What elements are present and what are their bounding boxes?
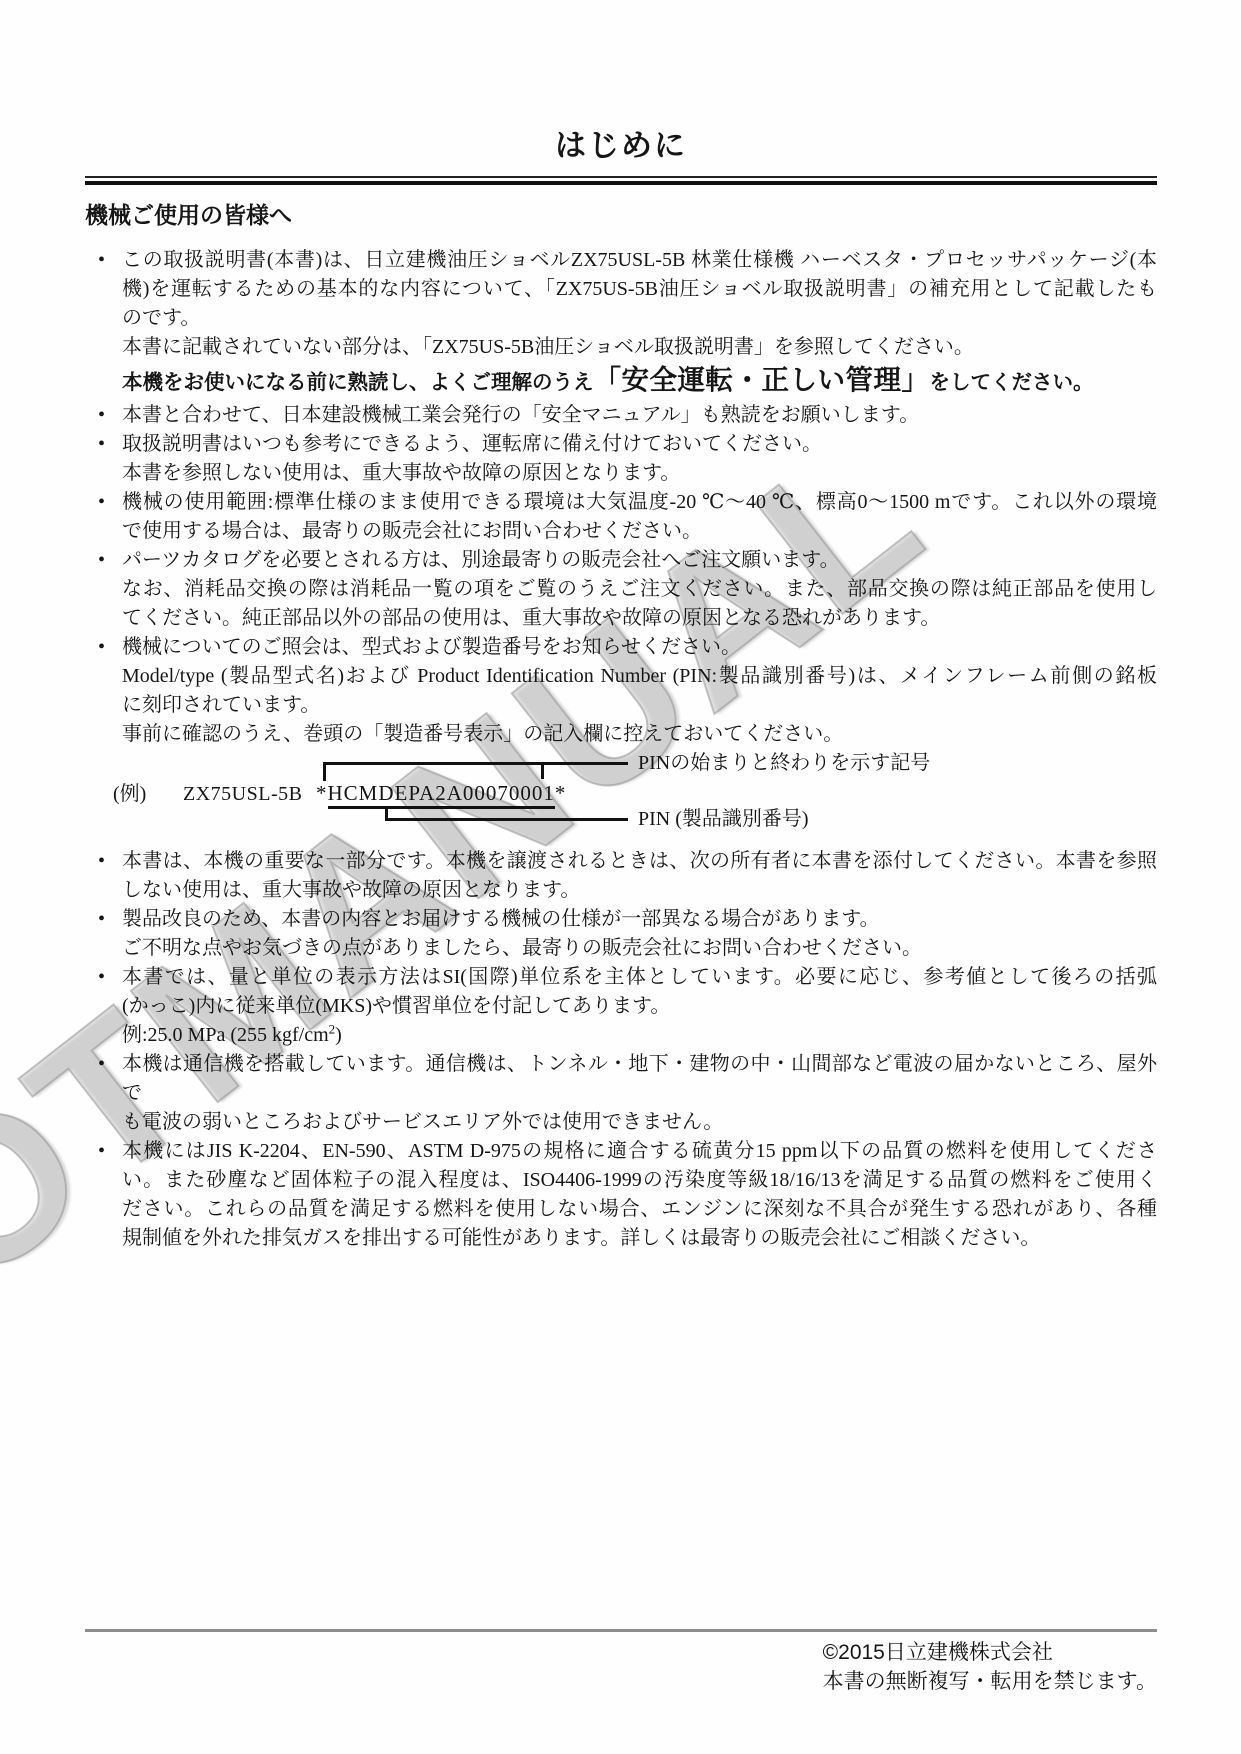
- page-content: はじめに 機械ご使用の皆様へ • この取扱説明書(本書)は、日立建機油圧ショベル…: [0, 0, 1241, 1253]
- body-line: 本機は通信機を搭載しています。通信機は、トンネル・地下・建物の中・山間部など電波…: [122, 1050, 1157, 1108]
- bullet-icon: •: [98, 401, 105, 430]
- emphasis-prefix: 本機をお使いになる前に熟読し、よくご理解のうえ: [122, 371, 594, 394]
- body-line: 機械についてのご照会は、型式および製造番号をお知らせください。: [122, 633, 1157, 662]
- body-line: 取扱説明書はいつも参考にできるよう、運転席に備え付けておいてください。: [122, 430, 1157, 459]
- body-line: ださい。これらの品質を満足する燃料を使用しない場合、エンジンに深刻な不具合が発生…: [122, 1195, 1157, 1224]
- body-line: 機械の使用範囲:標準仕様のまま使用できる環境は大気温度-20 ℃〜40 ℃、標高…: [122, 488, 1157, 517]
- copyright-line: ©2015日立建機株式会社: [823, 1638, 1157, 1667]
- body-line: 本書では、量と単位の表示方法はSI(国際)単位系を主体としています。必要に応じ、…: [122, 963, 1157, 992]
- unit-example-post: ): [335, 1024, 342, 1046]
- pin-serial-star-right: *: [555, 781, 567, 805]
- list-item: • 取扱説明書はいつも参考にできるよう、運転席に備え付けておいてください。 本書…: [85, 430, 1157, 488]
- body-line: Model/type (製品型式名)および Product Identifica…: [122, 662, 1157, 691]
- pin-bracket-left-tick: [323, 762, 326, 781]
- body-line: 本機にはJIS K-2204、EN-590、ASTM D-975の規格に適合する…: [122, 1137, 1157, 1166]
- list-item: • 本書では、量と単位の表示方法はSI(国際)単位系を主体としています。必要に応…: [85, 963, 1157, 1050]
- body-line: 本書は、本機の重要な一部分です。本機を譲渡されるときは、次の所有者に本書を添付し…: [122, 847, 1157, 876]
- bullet-icon: •: [98, 1050, 105, 1079]
- pin-bracket-top-line: [323, 762, 628, 765]
- page-title: はじめに: [85, 128, 1157, 164]
- body-line: (かっこ)内に従来単位(MKS)や慣習単位を付記してあります。: [122, 992, 1157, 1021]
- unit-example-line: 例:25.0 MPa (255 kgf/cm2): [122, 1021, 1157, 1050]
- bullet-icon: •: [98, 963, 105, 992]
- body-line: 本書に記載されていない部分は、「ZX75US-5B油圧ショベル取扱説明書」を参照…: [122, 333, 1157, 362]
- title-divider: [85, 176, 1157, 185]
- pin-connector-horizontal: [385, 818, 628, 821]
- bullet-icon: •: [98, 1137, 105, 1166]
- section-heading: 機械ご使用の皆様へ: [85, 200, 1157, 230]
- body-line: に刻印されています。: [122, 691, 1157, 720]
- body-line: 本書を参照しない使用は、重大事故や故障の原因となります。: [122, 459, 1157, 488]
- body-line: も電波の弱いところおよびサービスエリア外では使用できません。: [122, 1108, 1157, 1137]
- pin-bracket-right-tick: [541, 762, 544, 779]
- body-line: なお、消耗品交換の際は消耗品一覧の項をご覧のうえご注文ください。また、部品交換の…: [122, 575, 1157, 604]
- body-line: 製品改良のため、本書の内容とお届けする機械の仕様が一部異なる場合があります。: [122, 905, 1157, 934]
- unit-example-pre: 例:25.0 MPa (255 kgf/cm: [122, 1024, 329, 1046]
- body-line: てください。純正部品以外の部品の使用は、重大事故や故障の原因となる恐れがあります…: [122, 604, 1157, 633]
- body-line: ご不明な点やお気づきの点がありましたら、最寄りの販売会社にお問い合わせください。: [122, 934, 1157, 963]
- pin-bottom-label: PIN (製品識別番号): [638, 807, 809, 831]
- body-line: い。また砂塵など固体粒子の混入程度は、ISO4406-1999の汚染度等級18/…: [122, 1166, 1157, 1195]
- body-line: 規制値を外れた排気ガスを排出する可能性があります。詳しくは最寄りの販売会社にご相…: [122, 1224, 1157, 1253]
- list-item: • パーツカタログを必要とされる方は、別途最寄りの販売会社へご注文願います。 な…: [85, 546, 1157, 633]
- bullet-icon: •: [98, 905, 105, 934]
- bullet-icon: •: [98, 847, 105, 876]
- bullet-icon: •: [98, 633, 105, 662]
- body-line: 本書と合わせて、日本建設機械工業会発行の「安全マニュアル」も熟読をお願いします。: [122, 401, 1157, 430]
- body-line: パーツカタログを必要とされる方は、別途最寄りの販売会社へご注文願います。: [122, 546, 1157, 575]
- pin-serial: *HCMDEPA2A00070001*: [316, 781, 566, 805]
- list-item: • 本機は通信機を搭載しています。通信機は、トンネル・地下・建物の中・山間部など…: [85, 1050, 1157, 1137]
- list-item: • 機械の使用範囲:標準仕様のまま使用できる環境は大気温度-20 ℃〜40 ℃、…: [85, 488, 1157, 546]
- pin-diagram: PINの始まりと終わりを示す記号 (例) ZX75USL-5B *HCMDEPA…: [85, 749, 1157, 847]
- body-line: しない使用は、重大事故や故障の原因となります。: [122, 876, 1157, 905]
- pin-serial-star-left: *: [316, 781, 328, 805]
- list-item: • 製品改良のため、本書の内容とお届けする機械の仕様が一部異なる場合があります。…: [85, 905, 1157, 963]
- bullet-icon: •: [98, 546, 105, 575]
- pin-model: ZX75USL-5B: [183, 782, 302, 806]
- pin-top-label: PINの始まりと終わりを示す記号: [638, 751, 930, 775]
- page-footer: ©2015日立建機株式会社 本書の無断複写・転用を禁じます。: [823, 1638, 1157, 1696]
- reproduction-notice: 本書の無断複写・転用を禁じます。: [823, 1667, 1157, 1696]
- list-item: • 本機にはJIS K-2204、EN-590、ASTM D-975の規格に適合…: [85, 1137, 1157, 1253]
- pin-serial-core: HCMDEPA2A00070001: [328, 781, 555, 809]
- pin-example-label: (例): [113, 782, 146, 806]
- list-item: • この取扱説明書(本書)は、日立建機油圧ショベルZX75USL-5B 林業仕様…: [85, 246, 1157, 401]
- safety-emphasis-line: 本機をお使いになる前に熟読し、よくご理解のうえ「安全運転・正しい管理」をしてくだ…: [122, 362, 1157, 401]
- body-line: 事前に確認のうえ、巻頭の「製造番号表示」の記入欄に控えておいてください。: [122, 720, 1157, 749]
- list-item: • 本書と合わせて、日本建設機械工業会発行の「安全マニュアル」も熟読をお願いしま…: [85, 401, 1157, 430]
- body-line: この取扱説明書(本書)は、日立建機油圧ショベルZX75USL-5B 林業仕様機 …: [122, 246, 1157, 275]
- footer-divider: [85, 1629, 1157, 1632]
- bullet-icon: •: [98, 246, 105, 275]
- notice-list: • この取扱説明書(本書)は、日立建機油圧ショベルZX75USL-5B 林業仕様…: [85, 246, 1157, 1253]
- body-line: 機)を運転するための基本的な内容について、「ZX75US-5B油圧ショベル取扱説…: [122, 275, 1157, 304]
- list-item: • 機械についてのご照会は、型式および製造番号をお知らせください。 Model/…: [85, 633, 1157, 847]
- manual-page: OTMANUAL はじめに 機械ご使用の皆様へ • この取扱説明書(本書)は、日…: [0, 0, 1241, 1754]
- emphasis-suffix: をしてください。: [930, 371, 1094, 394]
- bullet-icon: •: [98, 488, 105, 517]
- body-line: のです。: [122, 304, 1157, 333]
- bullet-icon: •: [98, 430, 105, 459]
- body-line: で使用する場合は、最寄りの販売会社にお問い合わせください。: [122, 517, 1157, 546]
- emphasis-highlight: 「安全運転・正しい管理」: [594, 364, 930, 395]
- list-item: • 本書は、本機の重要な一部分です。本機を譲渡されるときは、次の所有者に本書を添…: [85, 847, 1157, 905]
